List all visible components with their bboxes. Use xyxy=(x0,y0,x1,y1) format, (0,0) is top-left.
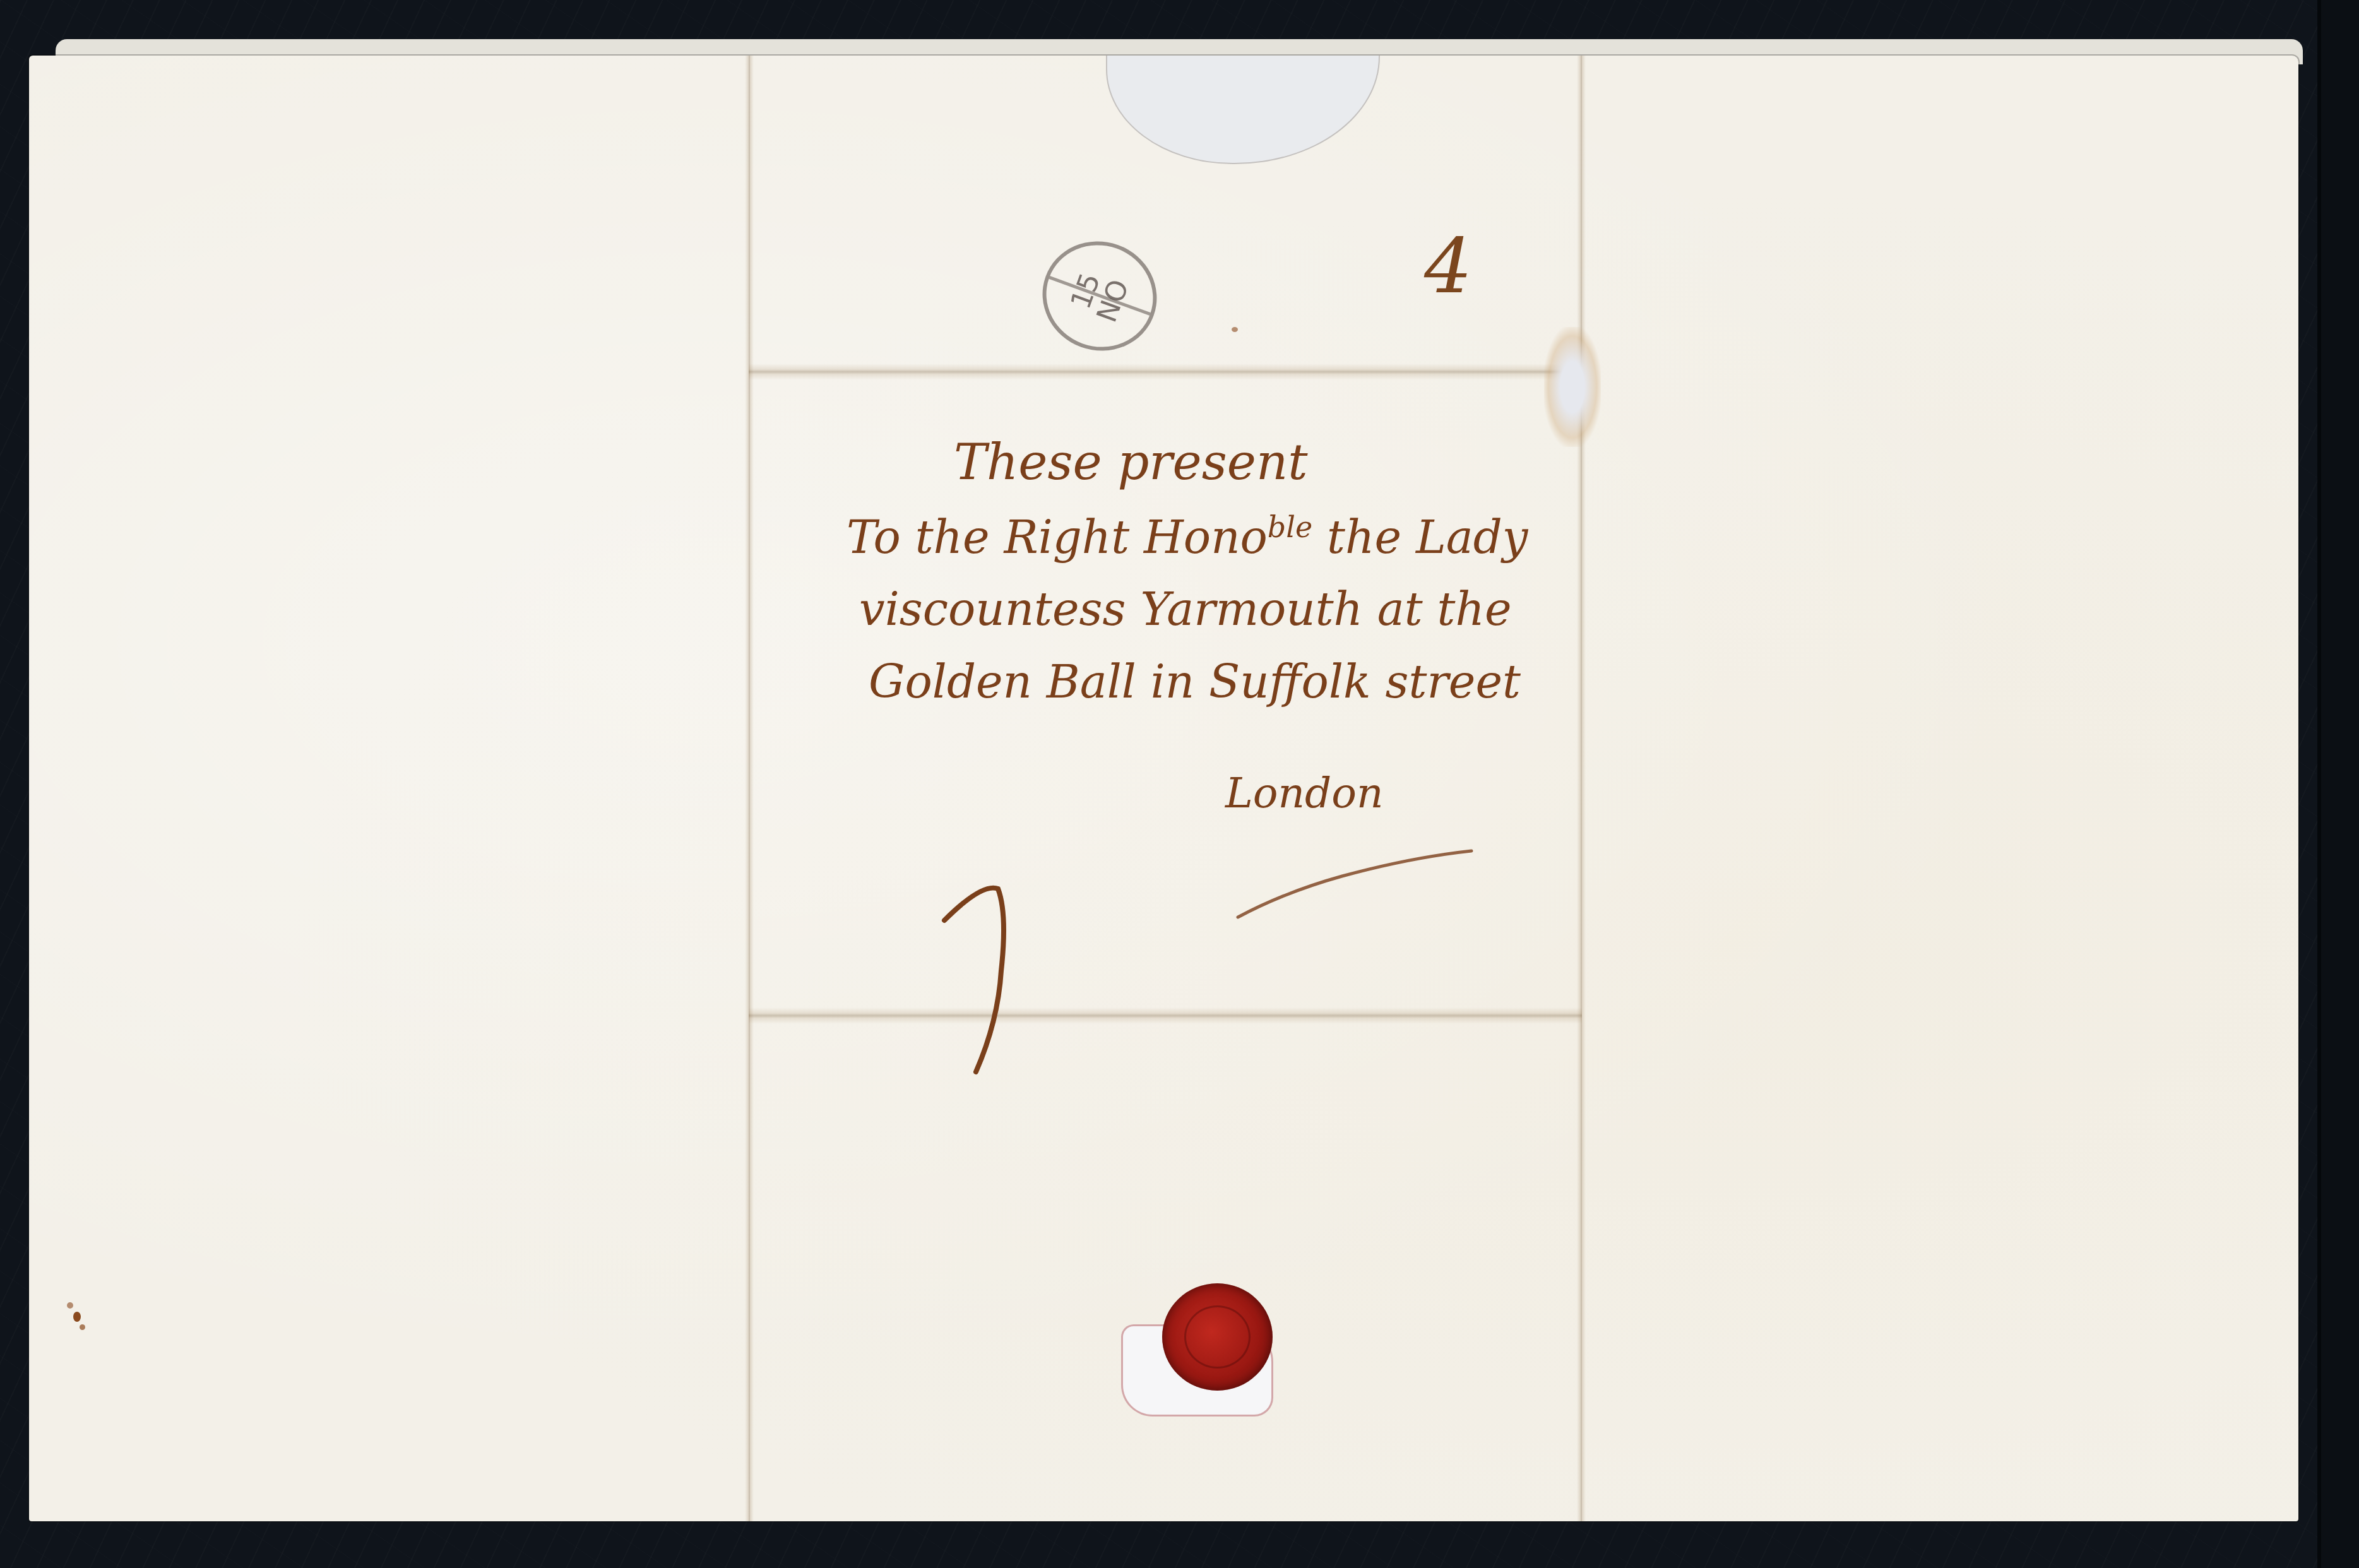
address-line-street: Golden Ball in Suffolk street xyxy=(869,655,1521,708)
paper-tear xyxy=(1544,327,1601,447)
address-line-present: These present xyxy=(954,434,1308,491)
seal-impression-icon xyxy=(1184,1305,1251,1369)
mount-edge-rail xyxy=(2317,0,2359,1568)
fold-line-left xyxy=(745,56,754,1521)
letter-sheet: 15 NO 4 These present To the Right Honob… xyxy=(29,56,2298,1521)
fold-line-bottom xyxy=(749,1007,1582,1024)
pen-flourish xyxy=(1235,848,1475,924)
bishop-postmark: 15 NO xyxy=(1027,225,1172,367)
address-line-recipient-name: viscountess Yarmouth at the xyxy=(859,583,1512,636)
rate-mark-3 xyxy=(938,876,1052,1078)
address-line-city: London xyxy=(1225,769,1384,817)
foxing-spot xyxy=(80,1324,85,1330)
foxing-spot xyxy=(73,1312,81,1322)
fold-line-right xyxy=(1577,56,1586,1521)
fold-line-top xyxy=(749,364,1582,380)
address-line-recipient-title: To the Right Honoble the Lady xyxy=(847,510,1528,564)
foxing-spot xyxy=(67,1302,73,1309)
foxing-spot xyxy=(1232,327,1238,332)
wax-seal xyxy=(1162,1283,1273,1391)
postage-charge-mark: 4 xyxy=(1424,223,1472,311)
paper-repair-patch xyxy=(1106,56,1380,164)
